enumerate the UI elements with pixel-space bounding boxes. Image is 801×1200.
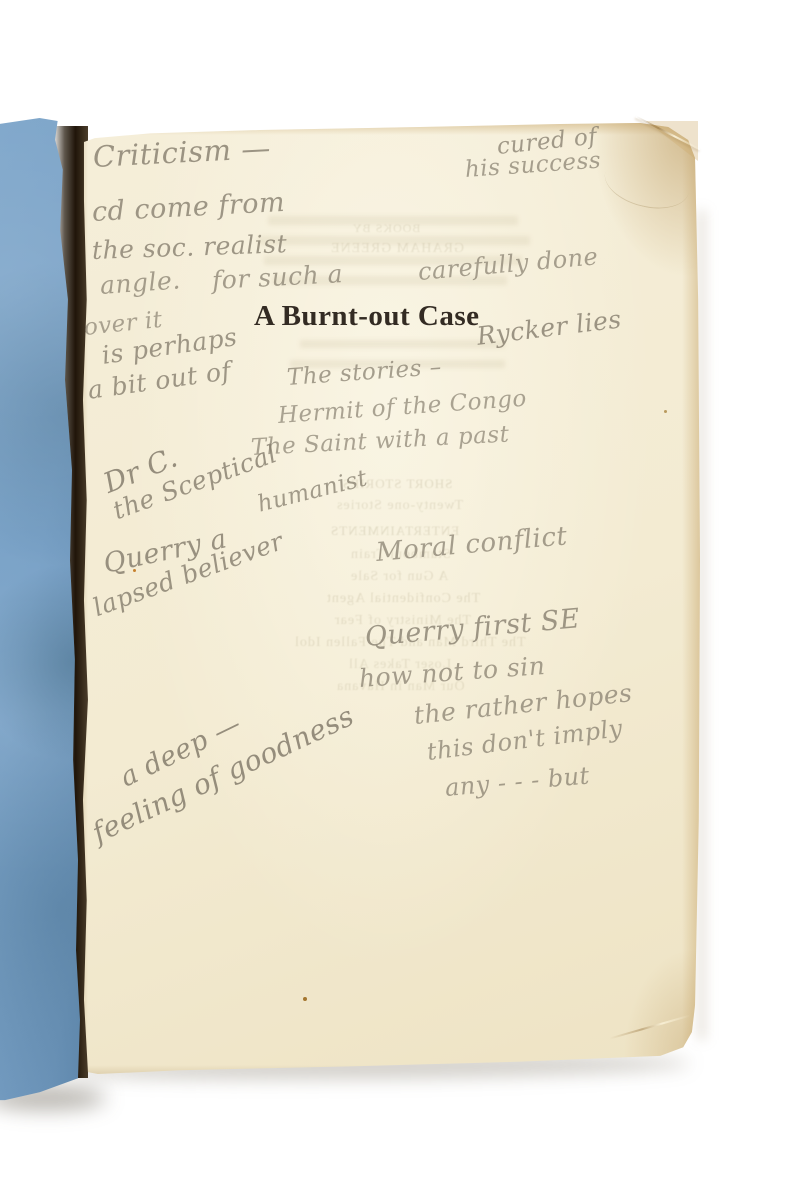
paper-speck bbox=[303, 997, 307, 1001]
printed-title: A Burnt-out Case bbox=[254, 300, 480, 333]
book-photo: BOOKS BYGRAHAM GREENESHORT STORIESTwenty… bbox=[0, 0, 801, 1200]
paper-speck bbox=[133, 569, 136, 572]
title-page bbox=[78, 120, 700, 1075]
page-edge-toning bbox=[78, 120, 700, 1075]
paper-speck bbox=[664, 410, 667, 413]
